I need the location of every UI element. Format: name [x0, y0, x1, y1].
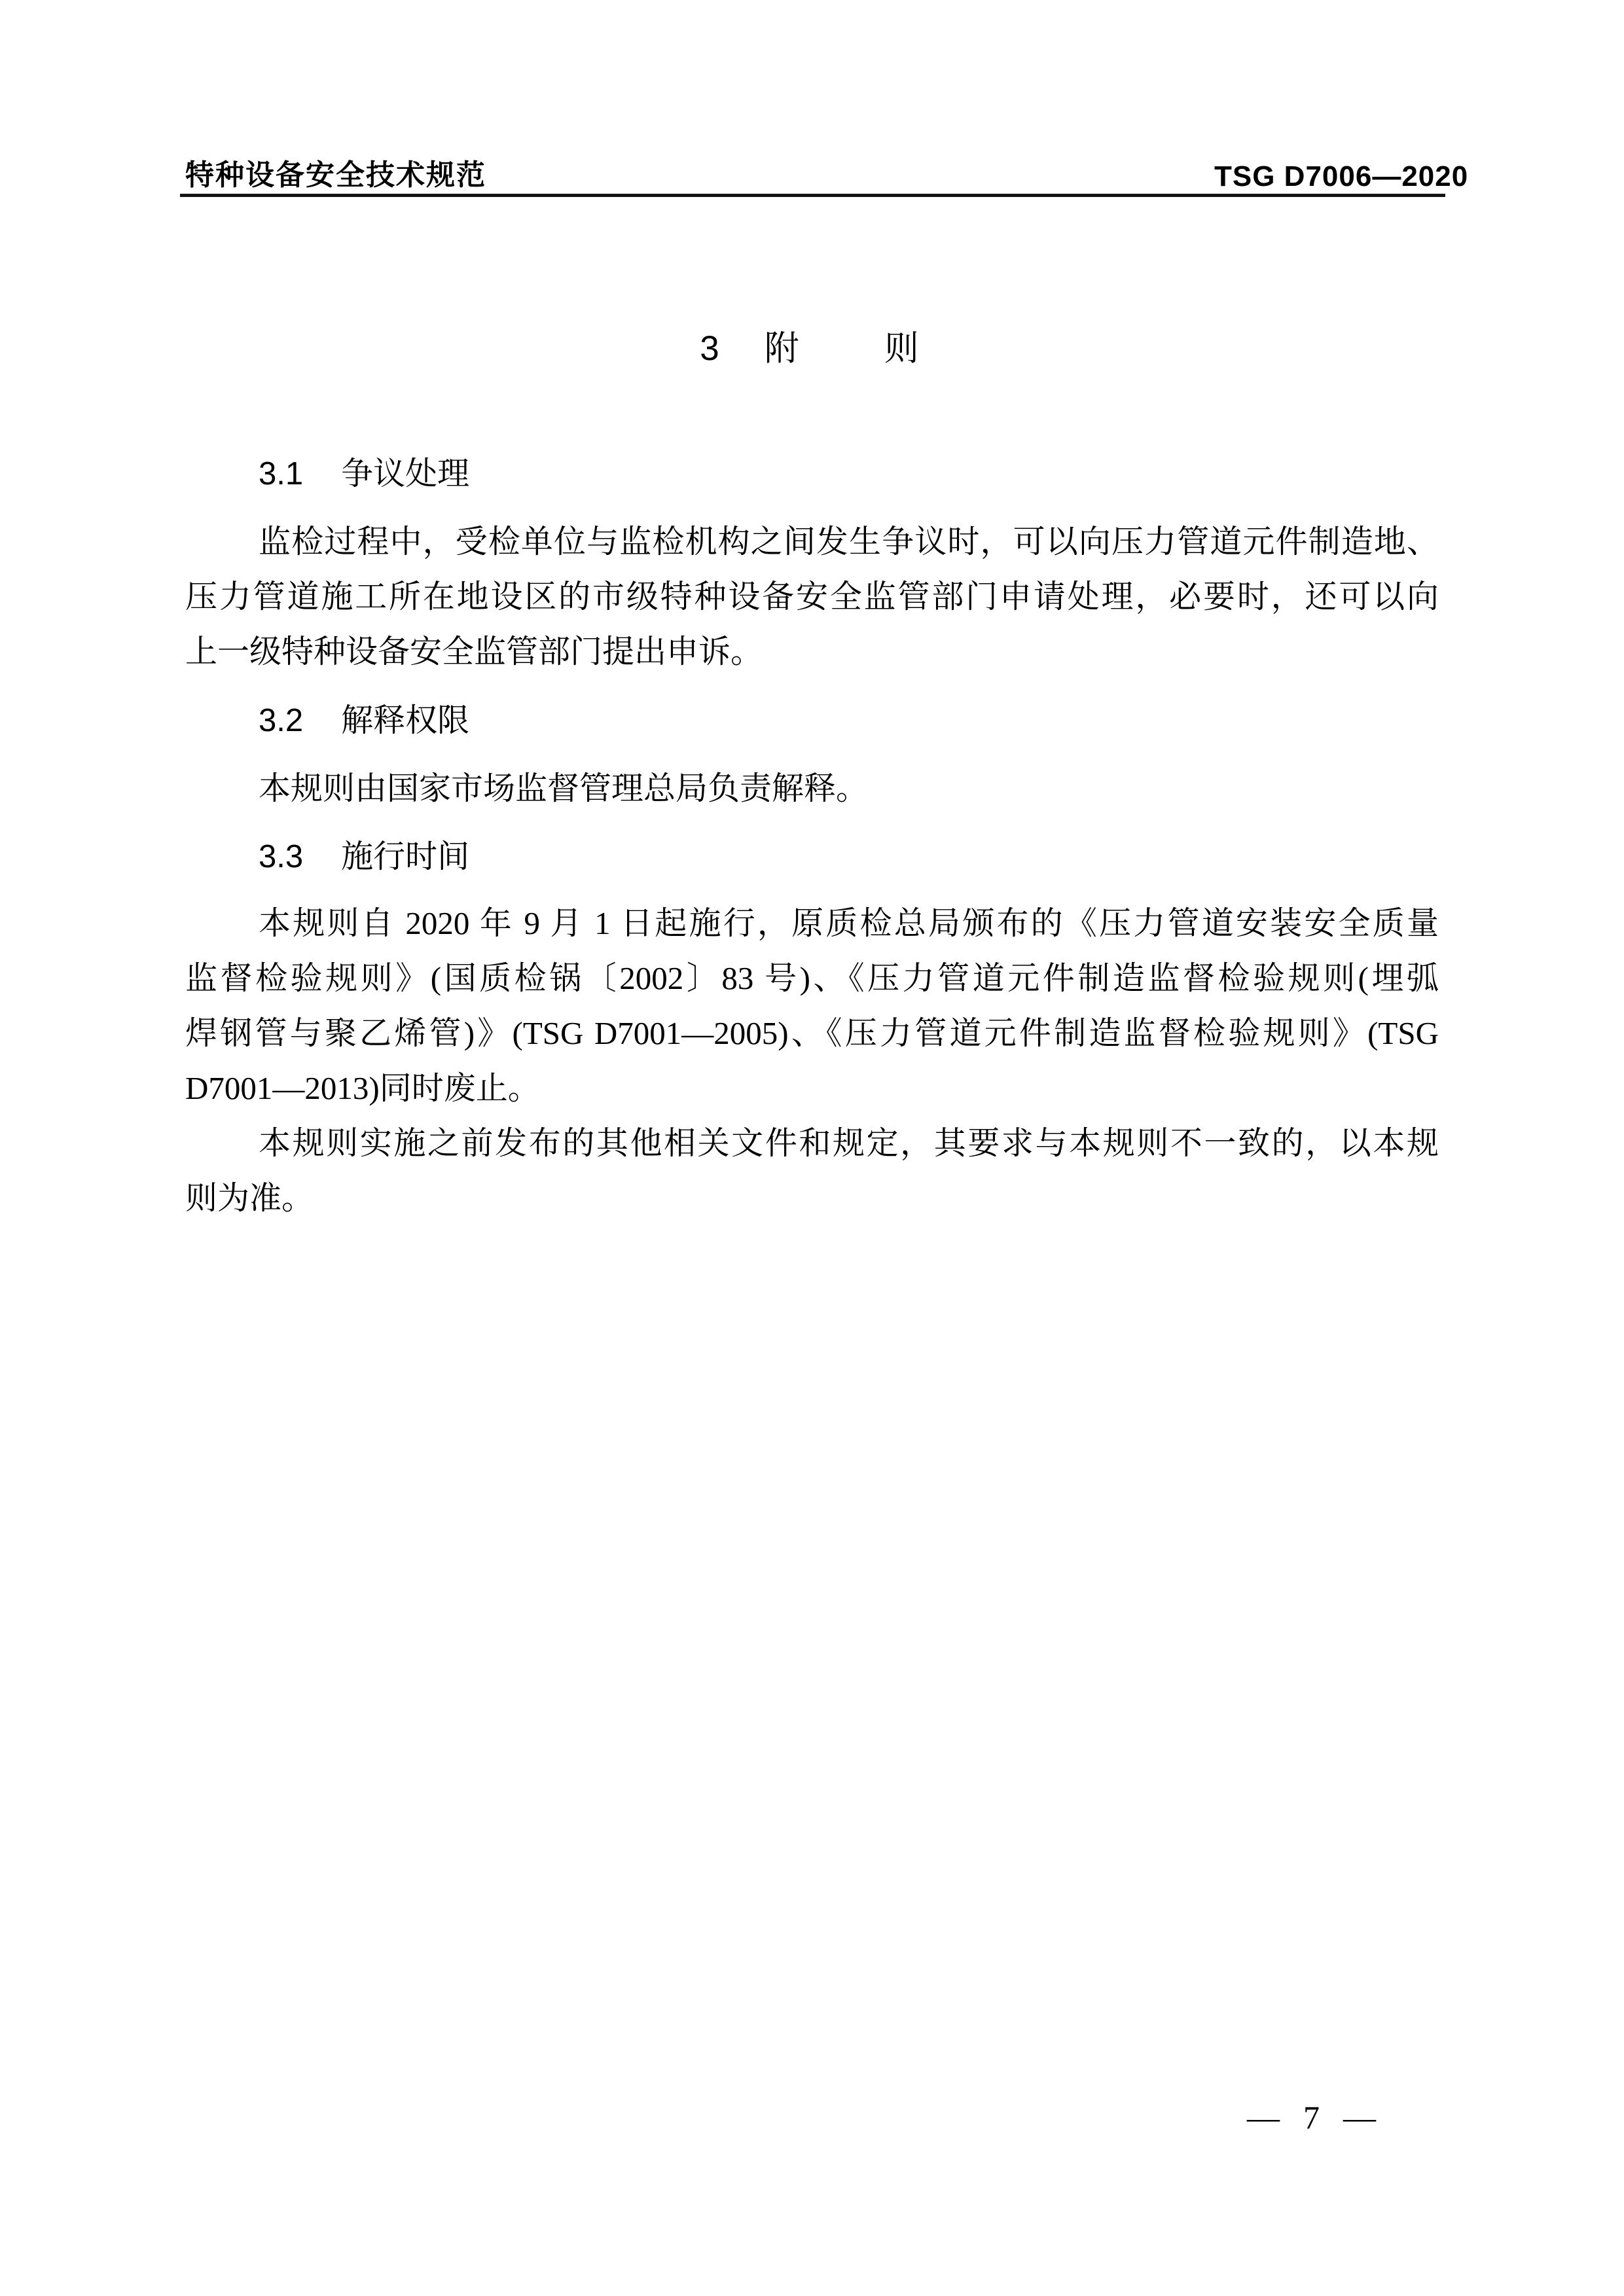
- section-heading-label: 争议处理: [341, 456, 469, 492]
- page-number-dash-right: —: [1343, 2099, 1376, 2136]
- text-line: 本规则自 2020 年 9 月 1 日起施行，原质检总局颁布的《压力管道安装安全…: [185, 896, 1439, 951]
- text-line: 压力管道施工所在地设区的市级特种设备安全监管部门申请处理，必要时，还可以向: [185, 569, 1439, 624]
- chapter-title: 3 附 则: [0, 329, 1624, 368]
- page-number: —7—: [1247, 2099, 1376, 2136]
- header-title: 特种设备安全技术规范: [185, 159, 486, 192]
- paragraph: 本规则实施之前发布的其他相关文件和规定，其要求与本规则不一致的，以本规 则为准。: [185, 1116, 1439, 1226]
- text-line: D7001—2013)同时废止。: [185, 1061, 1439, 1116]
- paragraph: 本规则自 2020 年 9 月 1 日起施行，原质检总局颁布的《压力管道安装安全…: [185, 896, 1439, 1116]
- header-rule: [180, 194, 1445, 197]
- text-line: 上一级特种设备安全监管部门提出申诉。: [185, 624, 1439, 679]
- text-line: 焊钢管与聚乙烯管)》(TSG D7001—2005)、《压力管道元件制造监督检验…: [185, 1006, 1439, 1061]
- text-line: 监检过程中，受检单位与监检机构之间发生争议时，可以向压力管道元件制造地、: [185, 514, 1439, 569]
- section-heading-3-1: 3.1争议处理: [259, 456, 469, 492]
- section-heading-label: 施行时间: [341, 839, 469, 874]
- text-line: 监督检验规则》(国质检锅〔2002〕83 号)、《压力管道元件制造监督检验规则(…: [185, 951, 1439, 1006]
- section-heading-3-2: 3.2解释权限: [259, 702, 469, 739]
- page-number-value: 7: [1303, 2099, 1320, 2136]
- paragraph: 监检过程中，受检单位与监检机构之间发生争议时，可以向压力管道元件制造地、 压力管…: [185, 514, 1439, 679]
- page-number-dash-left: —: [1247, 2099, 1280, 2136]
- text-line: 本规则实施之前发布的其他相关文件和规定，其要求与本规则不一致的，以本规: [185, 1116, 1439, 1171]
- text-line: 本规则由国家市场监督管理总局负责解释。: [185, 761, 1439, 816]
- text-line: 则为准。: [185, 1171, 1439, 1226]
- section-number: 3.2: [259, 703, 303, 738]
- section-heading-label: 解释权限: [341, 703, 469, 738]
- header-document-code: TSG D7006—2020: [1214, 160, 1468, 193]
- section-number: 3.1: [259, 456, 303, 492]
- section-number: 3.3: [259, 839, 303, 874]
- section-heading-3-3: 3.3施行时间: [259, 838, 469, 875]
- document-page: 特种设备安全技术规范 TSG D7006—2020 3 附 则 3.1争议处理 …: [0, 0, 1624, 2296]
- paragraph: 本规则由国家市场监督管理总局负责解释。: [185, 761, 1439, 816]
